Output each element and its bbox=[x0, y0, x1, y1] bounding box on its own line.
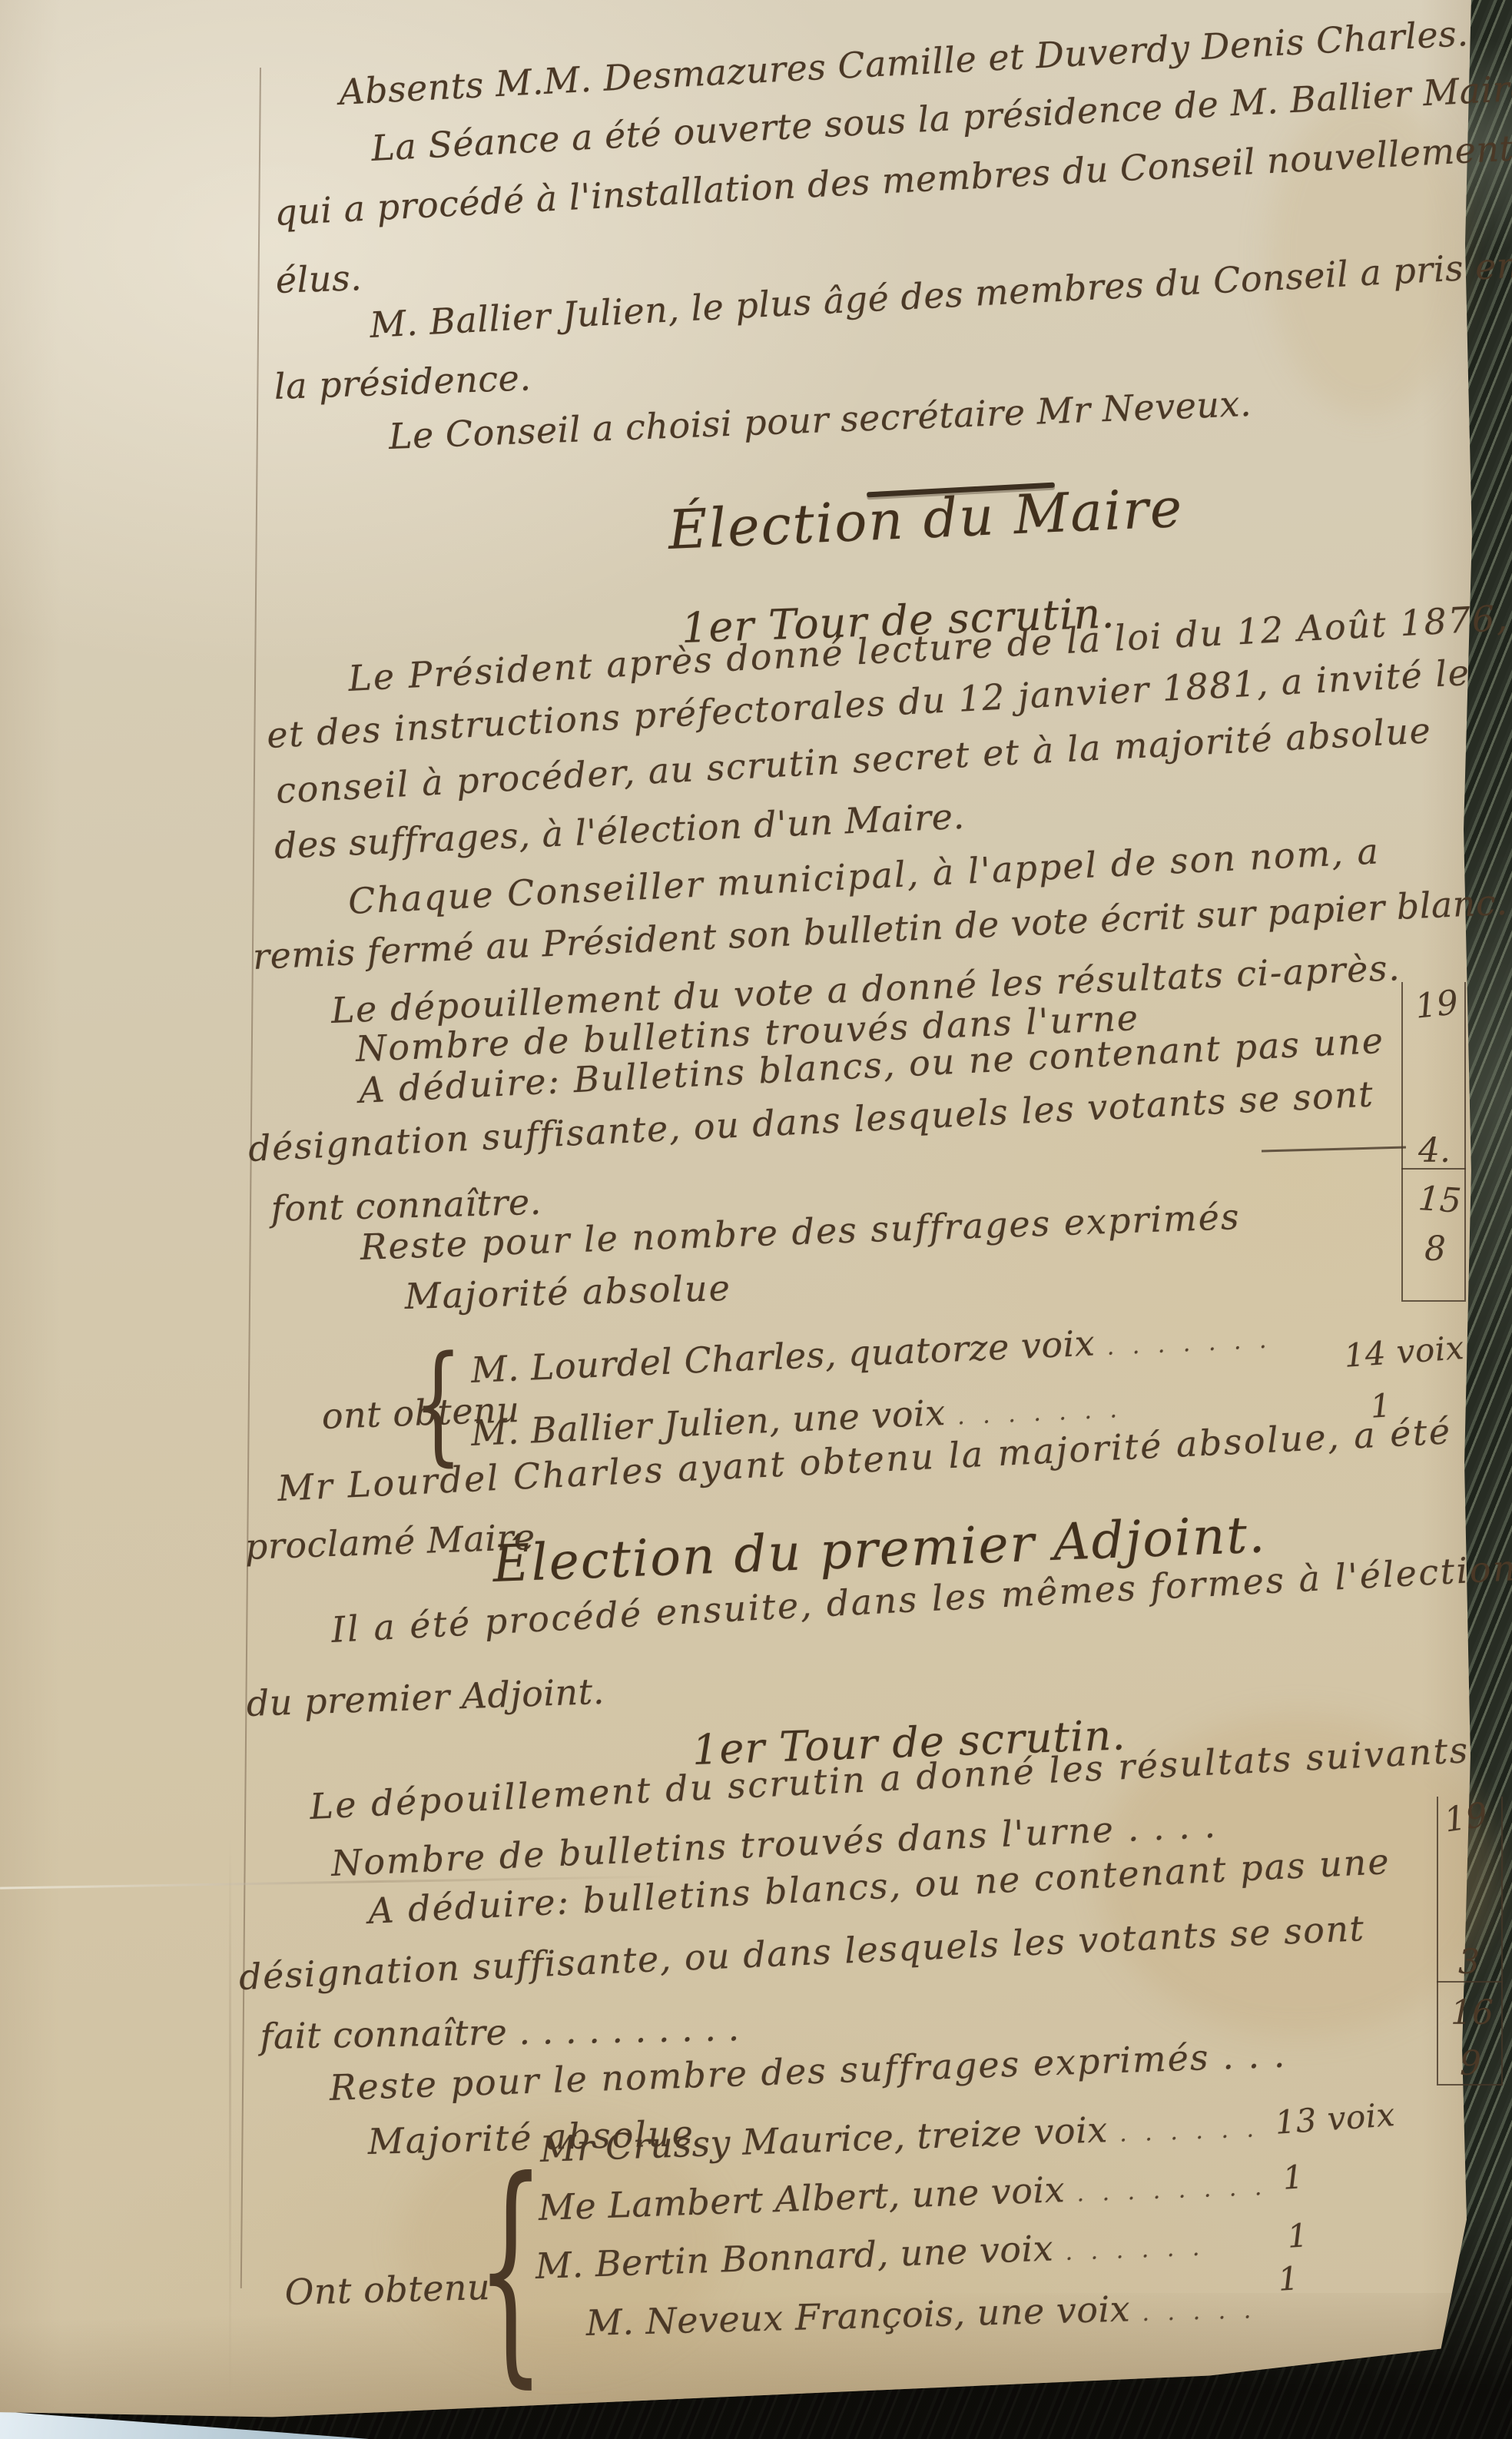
results-brace: { bbox=[413, 1339, 463, 1468]
adjoint-vote-column: 19 3 16 9 bbox=[1437, 1797, 1503, 2086]
vote-count: 1 bbox=[1282, 2159, 1305, 2196]
leader-dots: . . . . . . bbox=[1119, 2115, 1259, 2147]
vote-count: 13 voix bbox=[1274, 2097, 1396, 2141]
leader-dots: . . . . . . . . bbox=[1076, 2174, 1268, 2208]
adjoint-deduire-value: 3 bbox=[1458, 1943, 1480, 1982]
results-brace: { bbox=[476, 2149, 545, 2388]
leader-dots: . . . . . . . bbox=[1106, 1326, 1272, 1360]
tally-separator bbox=[1437, 1981, 1503, 1983]
maire-vote-column: 19 4. 15 8 bbox=[1401, 982, 1466, 1302]
ledger-page: Absents M.M. Desmazures Camille et Duver… bbox=[0, 0, 1512, 2439]
leader-dots: . . . . . . bbox=[1065, 2235, 1205, 2266]
adjoint-deduire-l3: fait connaître . . . . . . . . . . bbox=[260, 2009, 740, 2056]
tally-separator bbox=[1401, 1168, 1466, 1170]
maire-majorite-label: Majorité absolue bbox=[404, 1269, 731, 1316]
vote-count: 1 bbox=[1277, 2261, 1300, 2298]
leader-dots: . . . . . bbox=[1142, 2297, 1257, 2327]
fold-crease bbox=[229, 1837, 231, 2405]
adjoint-majorite-value: 9 bbox=[1460, 2044, 1481, 2083]
maire-majorite-value: 8 bbox=[1424, 1229, 1446, 1269]
adjoint-urne-value: 19 bbox=[1442, 1795, 1490, 1840]
maire-urne-value: 19 bbox=[1413, 983, 1460, 1027]
vote-count: 14 voix bbox=[1343, 1330, 1465, 1374]
maire-reste-value: 15 bbox=[1417, 1179, 1462, 1221]
vote-count: 1 bbox=[1286, 2218, 1309, 2255]
leader-dots: . . . . . . . bbox=[957, 1396, 1122, 1430]
line-presidence: la présidence. bbox=[274, 358, 532, 406]
line-elus: élus. bbox=[275, 258, 363, 300]
adjoint-reste-value: 16 bbox=[1451, 1993, 1494, 2032]
maire-deduire-value: 4. bbox=[1418, 1131, 1451, 1170]
adjoint-obtenu-label: Ont obtenu bbox=[284, 2268, 491, 2312]
